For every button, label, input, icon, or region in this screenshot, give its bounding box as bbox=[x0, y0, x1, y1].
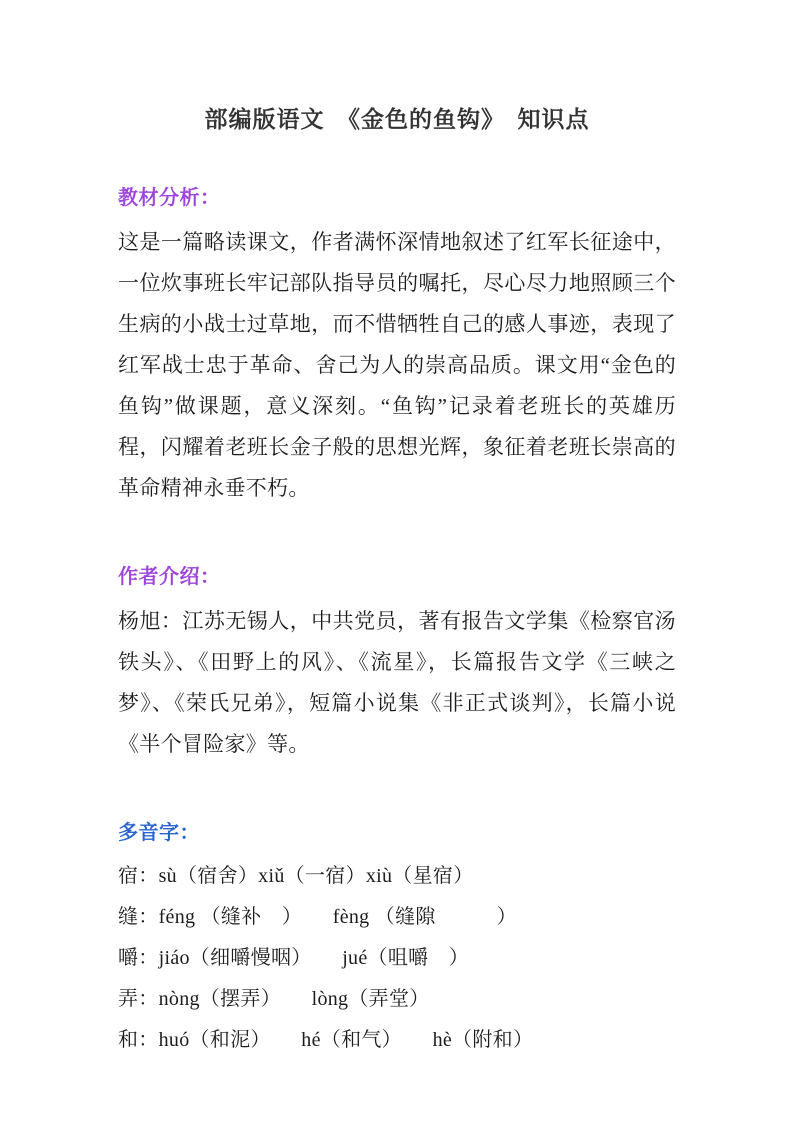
page-title: 部编版语文 《金色的鱼钩》 知识点 bbox=[118, 102, 676, 136]
textbook-analysis-paragraph: 这是一篇略读课文，作者满怀深情地叙述了红军长征途中，一位炊事班长牢记部队指导员的… bbox=[118, 222, 676, 509]
document-page: 部编版语文 《金色的鱼钩》 知识点 教材分析： 这是一篇略读课文，作者满怀深情地… bbox=[0, 0, 793, 1122]
section-textbook-analysis: 教材分析： 这是一篇略读课文，作者满怀深情地叙述了红军长征途中，一位炊事班长牢记… bbox=[118, 185, 676, 509]
polyphone-line-su: 宿：sù（宿舍）xiǔ（一宿）xiù（星宿） bbox=[118, 856, 676, 897]
author-introduction-paragraph: 杨旭：江苏无锡人，中共党员，著有报告文学集《检察官汤铁头》、《田野上的风》、《流… bbox=[118, 601, 676, 765]
polyphone-line-he: 和：huó（和泥） hé（和气） hè（附和） bbox=[118, 1020, 676, 1061]
polyphone-line-feng: 缝：féng （缝补 ） fèng （缝隙 ） bbox=[118, 897, 676, 938]
polyphonic-character-list: 宿：sù（宿舍）xiǔ（一宿）xiù（星宿） 缝：féng （缝补 ） fèng… bbox=[118, 856, 676, 1061]
polyphone-line-nong: 弄：nòng（摆弄） lòng（弄堂） bbox=[118, 979, 676, 1020]
section-heading-textbook-analysis: 教材分析： bbox=[118, 185, 676, 212]
polyphone-line-jiao: 嚼：jiáo（细嚼慢咽） jué（咀嚼 ） bbox=[118, 938, 676, 979]
section-polyphonic-characters: 多音字： 宿：sù（宿舍）xiǔ（一宿）xiù（星宿） 缝：féng （缝补 ）… bbox=[118, 820, 676, 1061]
section-author-introduction: 作者介绍： 杨旭：江苏无锡人，中共党员，著有报告文学集《检察官汤铁头》、《田野上… bbox=[118, 564, 676, 765]
section-heading-polyphonic-characters: 多音字： bbox=[118, 820, 676, 847]
section-heading-author-introduction: 作者介绍： bbox=[118, 564, 676, 591]
